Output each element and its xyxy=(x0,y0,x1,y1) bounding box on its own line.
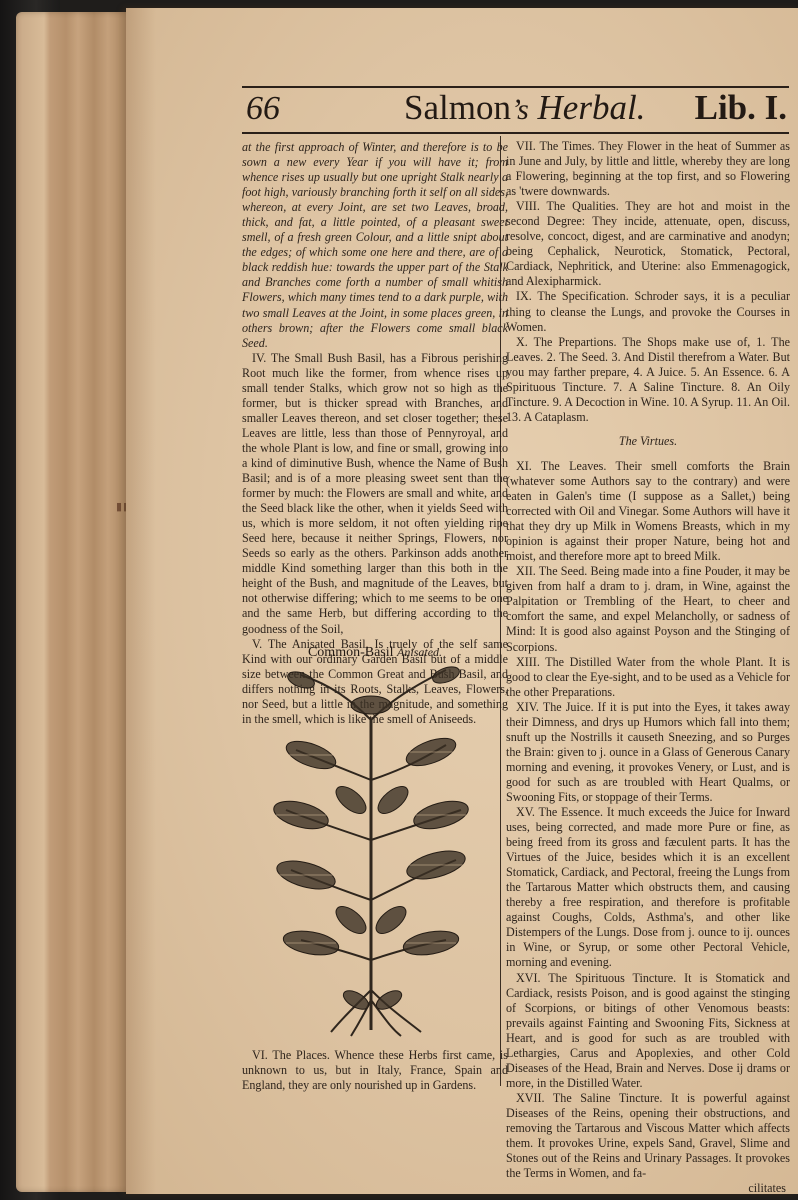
paragraph-spirituous-tincture: XVI. The Spirituous Tincture. It is Stom… xyxy=(506,971,790,1091)
right-column: VII. The Times. They Flower in the heat … xyxy=(506,139,790,1196)
paragraph-leaves: XI. The Leaves. Their smell comforts the… xyxy=(506,459,790,564)
section-heading-virtues: The Virtues. xyxy=(506,434,790,449)
caption-main: Common-Basil xyxy=(308,645,394,660)
paragraph-juice: XIV. The Juice. If it is put into the Ey… xyxy=(506,700,790,805)
paragraph-small-bush-basil: IV. The Small Bush Basil, has a Fibrous … xyxy=(242,351,508,637)
paragraph-places: VI. The Places. Whence these Herbs first… xyxy=(242,1048,508,1093)
paragraph-seed: XII. The Seed. Being made into a fine Po… xyxy=(506,564,790,654)
left-column: at the first approach of Winter, and the… xyxy=(242,140,508,727)
paragraph-preparations: X. The Prepartions. The Shops make use o… xyxy=(506,335,790,425)
running-header: 66 Salmon’s Herbal. Lib. I. xyxy=(242,86,789,134)
book-page: 66 Salmon’s Herbal. Lib. I. at the first… xyxy=(126,8,798,1194)
caption-italic: Anisated. xyxy=(397,645,442,659)
running-title: Salmon’s Herbal. xyxy=(404,88,645,128)
title-work: Herbal. xyxy=(538,88,646,127)
paragraph-times: VII. The Times. They Flower in the heat … xyxy=(506,139,790,199)
paragraph-continuation: at the first approach of Winter, and the… xyxy=(242,140,508,351)
basil-woodcut-illustration xyxy=(271,660,476,1040)
catchword: cilitates xyxy=(506,1181,790,1196)
title-author: Salmon xyxy=(404,88,511,127)
title-possessive: ’s xyxy=(511,93,529,126)
left-column-bottom: VI. The Places. Whence these Herbs first… xyxy=(242,1048,508,1093)
paragraph-specification: IX. The Specification. Schroder says, it… xyxy=(506,289,790,334)
paragraph-qualities: VIII. The Qualities. They are hot and mo… xyxy=(506,199,790,289)
page-number: 66 xyxy=(246,90,280,128)
paragraph-saline-tincture: XVII. The Saline Tincture. It is powerfu… xyxy=(506,1091,790,1181)
paragraph-distilled-water: XIII. The Distilled Water from the whole… xyxy=(506,655,790,700)
paragraph-essence: XV. The Essence. It much exceeds the Jui… xyxy=(506,805,790,971)
figure-caption: Common-Basil Anisated. xyxy=(242,645,508,661)
book-number: Lib. I. xyxy=(695,88,787,128)
